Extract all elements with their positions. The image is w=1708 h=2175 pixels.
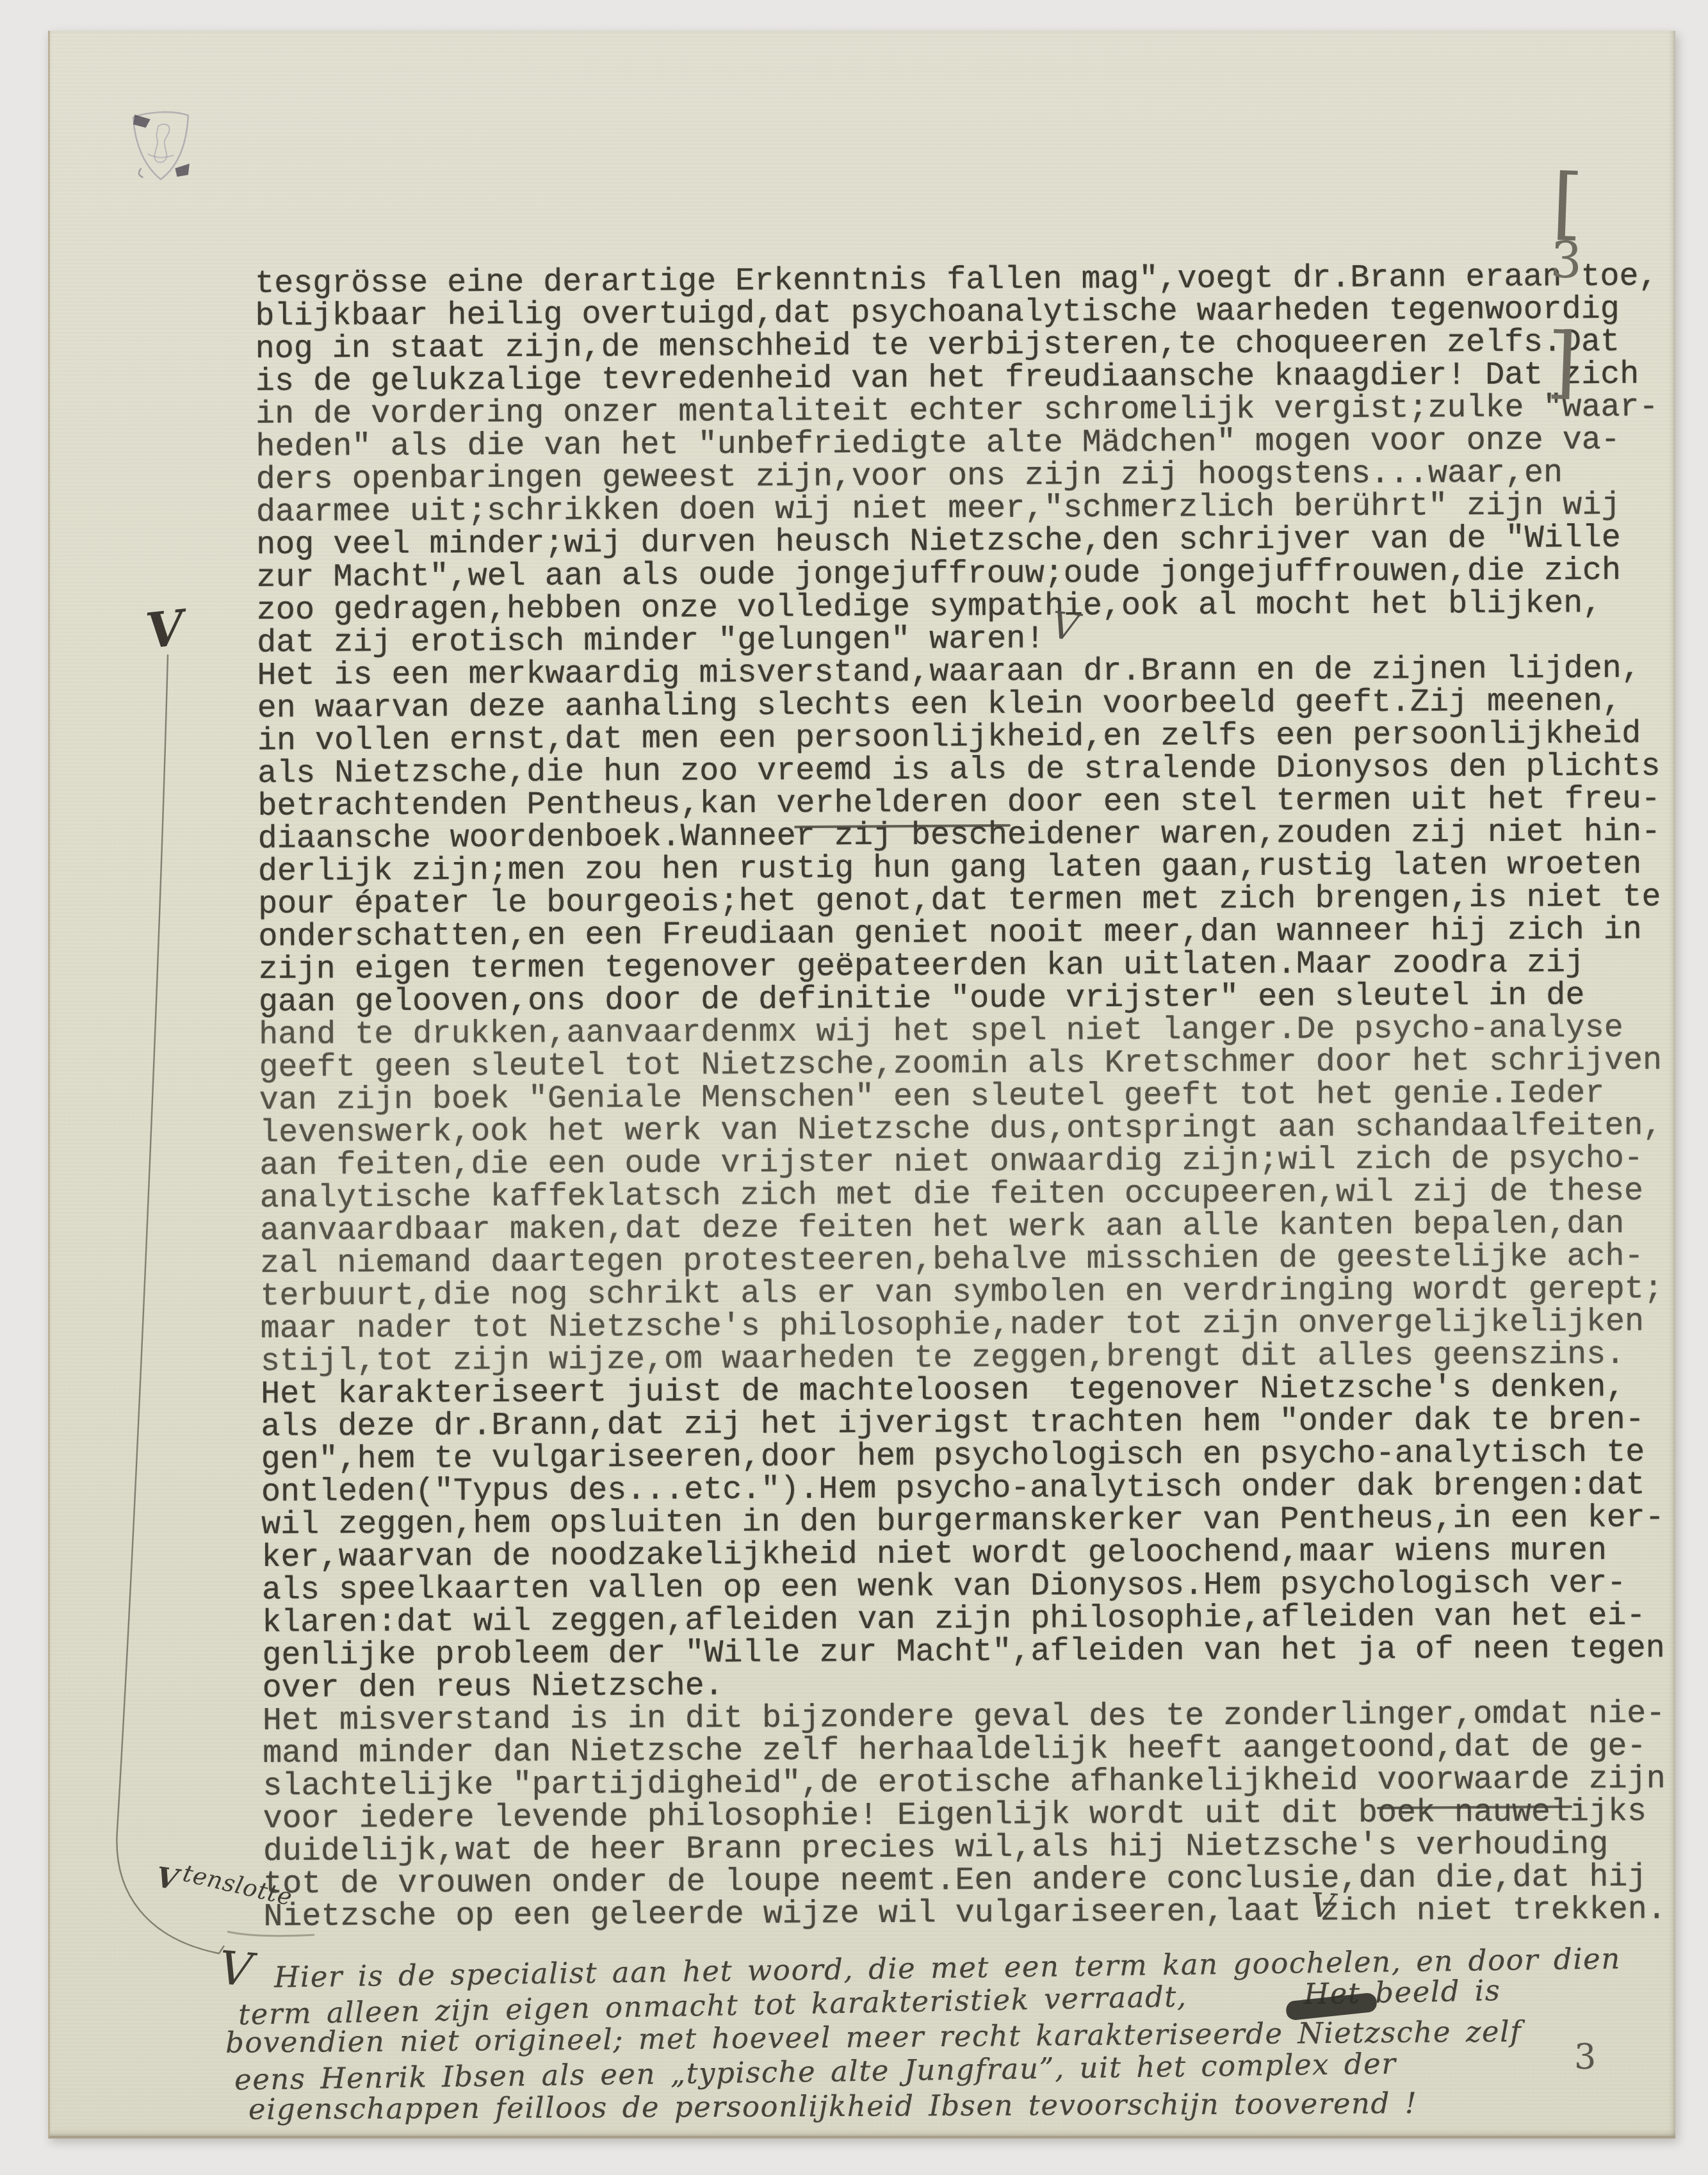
note-check-mark: V (216, 1941, 254, 1997)
paper-sheet: tesgrösse eine derartige Erkenntnis fall… (48, 31, 1675, 2138)
shield-bird-stamp-icon (128, 106, 193, 184)
typed-text: tesgrösse eine derartige Erkenntnis fall… (255, 260, 1675, 1934)
corner-page-number: 3 (1574, 2037, 1596, 2077)
insert-check-mark: V (1309, 1886, 1336, 1926)
typed-line: genlijke probleem der "Wille zur Macht",… (262, 1632, 1675, 1672)
handwritten-note-line: eigenschappen feilloos de persoonlijkhei… (248, 2086, 1417, 2126)
page-number: 3 (1549, 231, 1586, 290)
typed-line: daarmee uit;schrikken doen wij niet meer… (256, 489, 1675, 529)
bracket-close: ] (1545, 316, 1582, 408)
margin-check-mark: V (143, 599, 187, 660)
typed-line: stijl,tot zijn wijze,om waarheden te zeg… (261, 1338, 1675, 1378)
scanned-page: tesgrösse eine derartige Erkenntnis fall… (0, 0, 1708, 2175)
paragraph-check-mark: V (1049, 603, 1081, 650)
page-number-bracket: [ 3 ] (1470, 89, 1590, 448)
typed-line: Nietzsche op een geleerde wijze wil vulg… (263, 1893, 1675, 1934)
tenslotte-check-mark: V (154, 1861, 181, 1896)
